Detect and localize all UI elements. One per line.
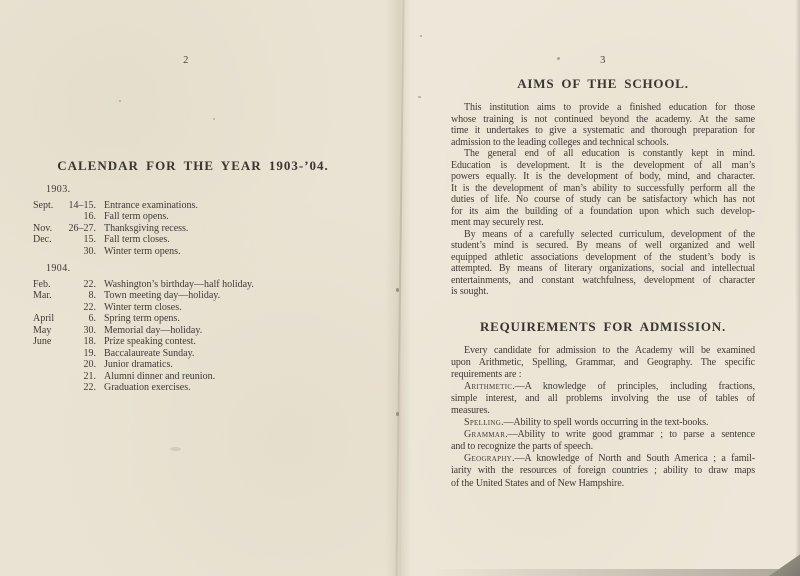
calendar-row: Dec.15.Fall term closes. [33, 234, 378, 246]
text-line: whose training is not continued beyond t… [451, 114, 755, 126]
text-line: iarity with the resources of foreign cou… [451, 465, 755, 477]
text-line: Education is development. It is the deve… [451, 160, 755, 172]
paper-speck [418, 96, 421, 98]
calendar-row: 21.Alumni dinner and reunion. [33, 371, 378, 383]
calendar-month: June [33, 336, 63, 348]
calendar-day: 22. [63, 302, 96, 314]
calendar-event: Entrance examinations. [104, 200, 198, 212]
calendar-month [33, 302, 63, 314]
calendar-event: Baccalaureate Sunday. [104, 348, 194, 360]
calendar-day: 21. [63, 371, 96, 383]
book-spread: 2 CALENDAR FOR THE YEAR 1903-’04. 1903.S… [0, 0, 800, 576]
right-page: 3 AIMS OF THE SCHOOL.This institution ai… [401, 0, 800, 576]
page-body: AIMS OF THE SCHOOL.This institution aims… [451, 76, 755, 490]
calendar-event: Winter term closes. [104, 302, 182, 314]
text-line: duties of life. No course of study can b… [451, 194, 755, 206]
calendar-event: Prize speaking contest. [104, 336, 196, 348]
calendar-row: 16.Fall term opens. [33, 211, 378, 223]
paper-speck [213, 118, 215, 120]
calendar-month [33, 348, 63, 360]
calendar-event: Graduation exercises. [104, 382, 191, 394]
text-line: Grammar.—Ability to write good grammar ;… [451, 429, 755, 441]
calendar-day: 6. [63, 313, 96, 325]
scan-edge-right [795, 0, 800, 576]
calendar-month: Mar. [33, 290, 63, 302]
paper-speck [396, 288, 399, 292]
calendar-year-heading: 1903. [46, 184, 378, 196]
calendar-row: 19.Baccalaureate Sunday. [33, 348, 378, 360]
paragraph: Spelling.—Ability to spell words occurri… [451, 417, 755, 429]
calendar-day: 19. [63, 348, 96, 360]
paragraph: The general end of all education is cons… [451, 148, 755, 229]
calendar-event: Winter term opens. [104, 246, 181, 258]
calendar-day: 18. [63, 336, 96, 348]
calendar-event: Washington’s birthday—half holiday. [104, 279, 254, 291]
paragraph: Geography.—A knowledge of North and Sout… [451, 453, 755, 489]
calendar-day: 22. [63, 382, 96, 394]
paper-speck [557, 57, 560, 60]
calendar-row: Mar.8.Town meeting day—holiday. [33, 290, 378, 302]
text-line: powers equally. It is the development of… [451, 171, 755, 183]
calendar-list: 1903.Sept.14–15.Entrance examinations.16… [33, 184, 378, 394]
paper-speck [119, 100, 121, 102]
calendar-day: 20. [63, 359, 96, 371]
calendar-row: 20.Junior dramatics. [33, 359, 378, 371]
calendar-month [33, 211, 63, 223]
text-line: This institution aims to provide a finis… [451, 102, 755, 114]
calendar-month: Nov. [33, 223, 63, 235]
text-line: simple interest, and all problems involv… [451, 393, 755, 405]
text-line: It is the development of man’s ability t… [451, 183, 755, 195]
text-line: student’s mind is secured. By means of w… [451, 240, 755, 252]
text-line: is sought. [451, 286, 755, 298]
calendar-month: Sept. [33, 200, 63, 212]
calendar-row: 22.Winter term closes. [33, 302, 378, 314]
text-line: The general end of all education is cons… [451, 148, 755, 160]
calendar-month [33, 382, 63, 394]
text-line: entertainments, and constant watchfulnes… [451, 275, 755, 287]
small-caps-term: Spelling [464, 417, 501, 428]
calendar-day: 15. [63, 234, 96, 246]
calendar-month [33, 246, 63, 258]
small-caps-term: Arithmetic [464, 381, 512, 392]
paragraph: Arithmetic.—A knowledge of principles, i… [451, 381, 755, 417]
calendar-day: 16. [63, 211, 96, 223]
calendar-row: May30.Memorial day—holiday. [33, 325, 378, 337]
calendar-day: 30. [63, 246, 96, 258]
calendar-row: Sept.14–15.Entrance examinations. [33, 200, 378, 212]
text-line: of the United States and of New Hampshir… [451, 478, 755, 490]
calendar-day: 26–27. [63, 223, 96, 235]
text-line: equipped athletic associations developme… [451, 252, 755, 264]
calendar-event: Junior dramatics. [104, 359, 173, 371]
text-line: measures. [451, 405, 755, 417]
calendar-year-heading: 1904. [46, 263, 378, 275]
left-page: 2 CALENDAR FOR THE YEAR 1903-’04. 1903.S… [0, 0, 401, 576]
text-line: for its aim the building of a foundation… [451, 206, 755, 218]
text-line: Arithmetic.—A knowledge of principles, i… [451, 381, 755, 393]
calendar-event: Town meeting day—holiday. [104, 290, 220, 302]
text-line: Geography.—A knowledge of North and Sout… [451, 453, 755, 465]
calendar-row: June18.Prize speaking contest. [33, 336, 378, 348]
paper-smudge [597, 142, 607, 145]
calendar-row: Feb.22.Washington’s birthday—half holida… [33, 279, 378, 291]
calendar-row: April6.Spring term opens. [33, 313, 378, 325]
calendar-day: 22. [63, 279, 96, 291]
section-heading: AIMS OF THE SCHOOL. [451, 76, 755, 91]
text-line: and to recognize the parts of speech. [451, 441, 755, 453]
calendar-event: Thanksgiving recess. [104, 223, 188, 235]
calendar-day: 14–15. [63, 200, 96, 212]
page-number-right: 3 [595, 55, 611, 66]
calendar-event: Fall term opens. [104, 211, 169, 223]
calendar-day: 30. [63, 325, 96, 337]
calendar-day: 8. [63, 290, 96, 302]
scan-edge-bottom [430, 569, 800, 576]
calendar-title: CALENDAR FOR THE YEAR 1903-’04. [18, 158, 368, 174]
calendar-row: 22.Graduation exercises. [33, 382, 378, 394]
text-line: attempted. By means of literary organiza… [451, 263, 755, 275]
text-line: By means of a carefully selected curricu… [451, 229, 755, 241]
paper-speck [420, 35, 422, 37]
calendar-month: Dec. [33, 234, 63, 246]
calendar-month: April [33, 313, 63, 325]
paper-speck [396, 412, 399, 416]
calendar-event: Fall term closes. [104, 234, 170, 246]
calendar-event: Spring term opens. [104, 313, 180, 325]
calendar-month: Feb. [33, 279, 63, 291]
small-caps-term: Geography [464, 453, 512, 464]
text-line: upon Arithmetic, Spelling, Grammar, and … [451, 357, 755, 369]
paragraph: Every candidate for admission to the Aca… [451, 345, 755, 381]
page-number-left: 2 [178, 55, 194, 66]
calendar-month: May [33, 325, 63, 337]
calendar-month [33, 359, 63, 371]
paragraph: By means of a carefully selected curricu… [451, 229, 755, 298]
text-line: time it undertakes to give a systematic … [451, 125, 755, 137]
paper-smudge [170, 447, 181, 451]
calendar-row: 30.Winter term opens. [33, 246, 378, 258]
text-line: ment may securely rest. [451, 217, 755, 229]
text-line: Spelling.—Ability to spell words occurri… [451, 417, 755, 429]
calendar-row: Nov.26–27.Thanksgiving recess. [33, 223, 378, 235]
text-line: requirements are : [451, 369, 755, 381]
section-heading: REQUIREMENTS FOR ADMISSION. [451, 319, 755, 334]
calendar-event: Memorial day—holiday. [104, 325, 202, 337]
paragraph: Grammar.—Ability to write good grammar ;… [451, 429, 755, 453]
calendar-month [33, 371, 63, 383]
calendar-event: Alumni dinner and reunion. [104, 371, 215, 383]
small-caps-term: Grammar [464, 429, 505, 440]
text-line: Every candidate for admission to the Aca… [451, 345, 755, 357]
